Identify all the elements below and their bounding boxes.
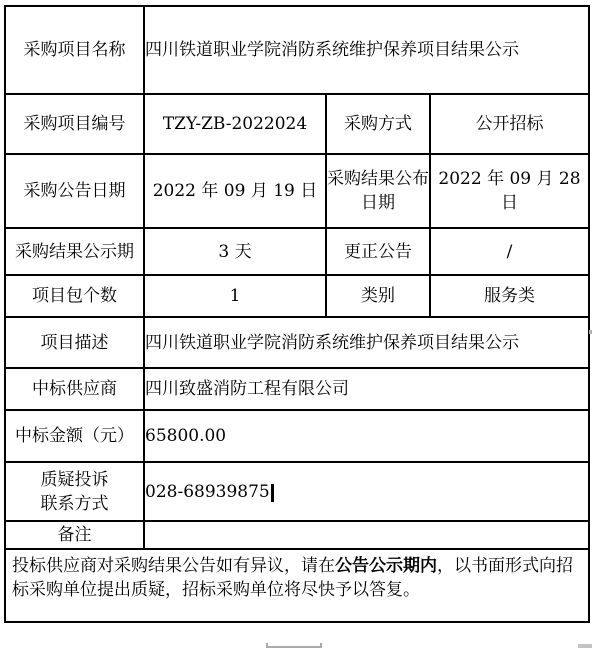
row-package-count: 项目包个数 1 类别 服务类: [5, 275, 589, 317]
result-publish-date-label: 采购结果公布日期: [326, 154, 430, 228]
winning-supplier-label: 中标供应商: [5, 368, 144, 410]
procurement-method-label: 采购方式: [326, 94, 430, 154]
row-project-no: 采购项目编号 TZY-ZB-2022024 采购方式 公开招标: [5, 94, 589, 154]
winning-supplier-value: 四川致盛消防工程有限公司: [144, 368, 589, 410]
package-count-label: 项目包个数: [5, 275, 144, 317]
description-value: 四川铁道职业学院消防系统维护保养项目结果公示: [144, 317, 589, 368]
result-publish-date-value: 2022 年 09 月 28 日: [430, 154, 589, 228]
package-count-value: 1: [144, 275, 326, 317]
procurement-method-value: 公开招标: [430, 94, 589, 154]
row-complaint-contact: 质疑投诉 联系方式 028-68939875: [5, 462, 589, 521]
project-name-label: 采购项目名称: [5, 6, 144, 94]
remarks-value: [144, 521, 589, 549]
row-publicity-period: 采购结果公示期 3 天 更正公告 /: [5, 228, 589, 275]
row-description: 项目描述 四川铁道职业学院消防系统维护保养项目结果公示: [5, 317, 589, 368]
correction-notice-value: /: [430, 228, 589, 275]
footer-text-before: 投标供应商对采购结果公告如有异议，请在: [12, 556, 335, 576]
category-value: 服务类: [430, 275, 589, 317]
announce-date-value: 2022 年 09 月 19 日: [144, 154, 326, 228]
complaint-contact-cell[interactable]: 028-68939875: [144, 462, 589, 521]
footer-text-bold: 公告公示期内: [335, 556, 437, 576]
row-dates: 采购公告日期 2022 年 09 月 19 日 采购结果公布日期 2022 年 …: [5, 154, 589, 228]
remarks-label: 备注: [5, 521, 144, 549]
row-winning-supplier: 中标供应商 四川致盛消防工程有限公司: [5, 368, 589, 410]
publicity-period-value: 3 天: [144, 228, 326, 275]
publicity-period-label: 采购结果公示期: [5, 228, 144, 275]
footer-note: 投标供应商对采购结果公告如有异议，请在公告公示期内，以书面形式向招标采购单位提出…: [5, 549, 589, 622]
winning-amount-label: 中标金额（元）: [5, 410, 144, 462]
project-no-value: TZY-ZB-2022024: [144, 94, 326, 154]
row-remarks: 备注: [5, 521, 589, 549]
procurement-result-table: 采购项目名称 四川铁道职业学院消防系统维护保养项目结果公示 采购项目编号 TZY…: [4, 5, 590, 623]
table-resize-handle-artifact: [266, 643, 322, 648]
complaint-contact-value: 028-68939875: [145, 482, 270, 502]
winning-amount-value: 65800.00: [144, 410, 589, 462]
row-project-name: 采购项目名称 四川铁道职业学院消防系统维护保养项目结果公示: [5, 6, 589, 94]
complaint-contact-label: 质疑投诉 联系方式: [5, 462, 144, 521]
project-no-label: 采购项目编号: [5, 94, 144, 154]
row-footer-note: 投标供应商对采购结果公告如有异议，请在公告公示期内，以书面形式向招标采购单位提出…: [5, 549, 589, 622]
announce-date-label: 采购公告日期: [5, 154, 144, 228]
text-cursor: [271, 484, 274, 502]
description-label: 项目描述: [5, 317, 144, 368]
category-label: 类别: [326, 275, 430, 317]
project-name-value: 四川铁道职业学院消防系统维护保养项目结果公示: [144, 6, 589, 94]
correction-notice-label: 更正公告: [326, 228, 430, 275]
corner-shadow-artifact: [578, 644, 592, 648]
row-winning-amount: 中标金额（元） 65800.00: [5, 410, 589, 462]
